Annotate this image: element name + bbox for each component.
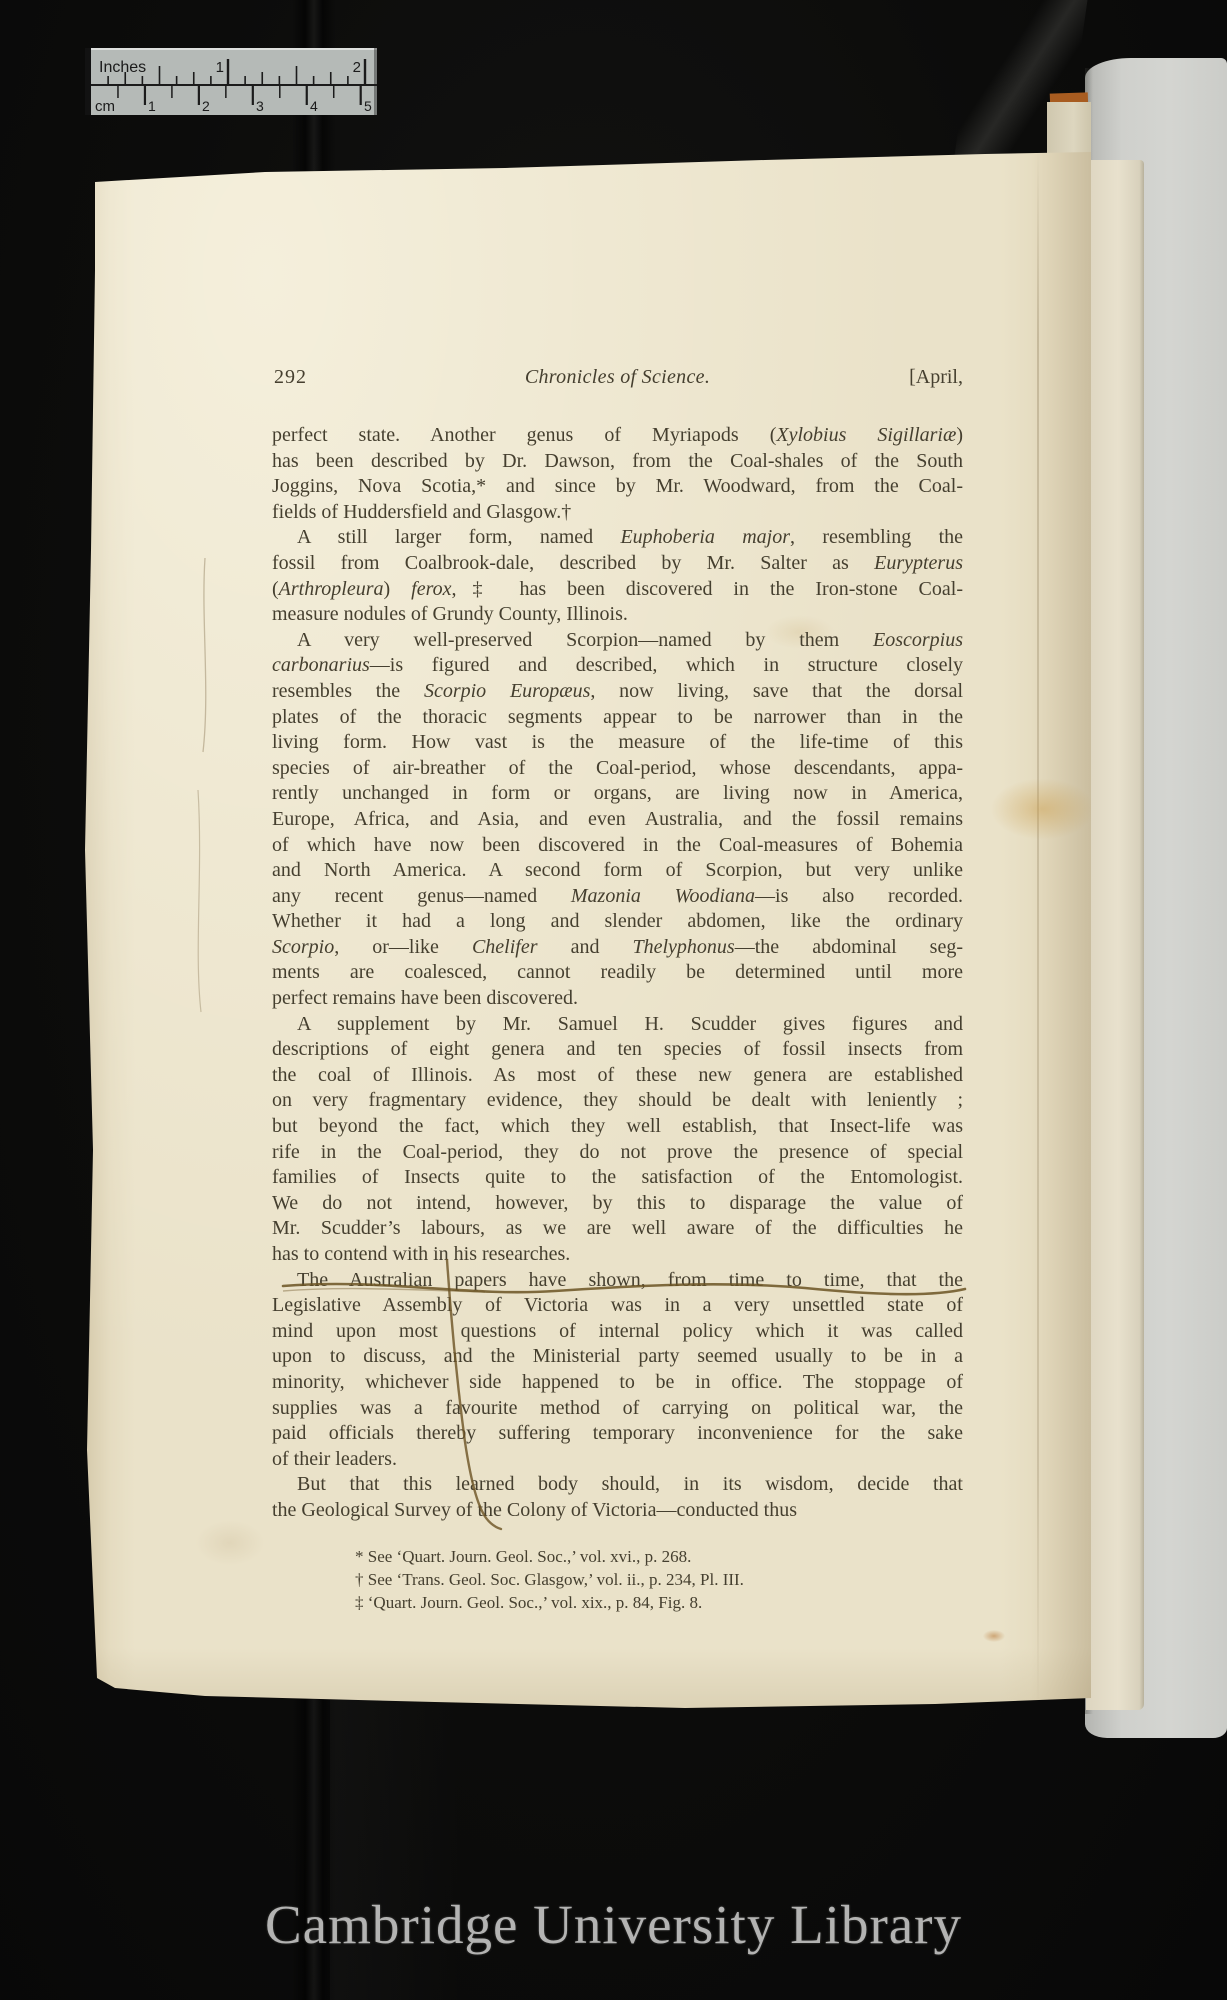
- inner-page-edge: [1086, 160, 1144, 1710]
- text-line: has to contend with in his researches.: [272, 1242, 963, 1268]
- issue-date: [April,: [909, 366, 963, 389]
- ruler-cm-number-5: 5: [364, 98, 372, 114]
- text-line: rife in the Coal-period, they do not pro…: [272, 1140, 963, 1166]
- text-line: and North America. A second form of Scor…: [272, 858, 963, 884]
- ruler-cm-number-3: 3: [256, 98, 264, 114]
- text-line: families of Insects quite to the satisfa…: [272, 1165, 963, 1191]
- text-line: fields of Huddersfield and Glasgow.†: [272, 500, 963, 526]
- text-line: supplies was a favourite method of carry…: [272, 1396, 963, 1422]
- text-line: A still larger form, named Euphoberia ma…: [272, 525, 963, 551]
- footnote-line: ‡ ‘Quart. Journ. Geol. Soc.,’ vol. xix.,…: [355, 1591, 915, 1614]
- text-line: upon to discuss, and the Ministerial par…: [272, 1344, 963, 1370]
- text-line: living form. How vast is the measure of …: [272, 730, 963, 756]
- text-line: rently unchanged in form or organs, are …: [272, 781, 963, 807]
- text-line: A very well-preserved Scorpion—named by …: [272, 628, 963, 654]
- text-line: fossil from Coalbrook-dale, described by…: [272, 551, 963, 577]
- text-line: Joggins, Nova Scotia,* and since by Mr. …: [272, 474, 963, 500]
- text-line: measure nodules of Grundy County, Illino…: [272, 602, 963, 628]
- ruler-inch-number-1: 1: [216, 59, 224, 76]
- page-crease-mark: [1037, 150, 1039, 1710]
- ruler-left-edge: [85, 48, 91, 115]
- stain-mark: [195, 1520, 265, 1566]
- footnote-line: * See ‘Quart. Journ. Geol. Soc.,’ vol. x…: [355, 1545, 915, 1568]
- text-line: has been described by Dr. Dawson, from t…: [272, 449, 963, 475]
- text-line: The Australian papers have shown, from t…: [272, 1268, 963, 1294]
- page-number: 292: [274, 366, 307, 389]
- footnote-line: † See ‘Trans. Geol. Soc. Glasgow,’ vol. …: [355, 1568, 915, 1591]
- ruler-right-edge: [374, 48, 377, 115]
- measurement-ruler: Inches 1 2 cm 1 2 3 4 5: [85, 48, 377, 115]
- text-line: Europe, Africa, and Asia, and even Austr…: [272, 807, 963, 833]
- text-line: Legislative Assembly of Victoria was in …: [272, 1293, 963, 1319]
- text-line: of their leaders.: [272, 1447, 963, 1473]
- text-line: carbonarius—is figured and described, wh…: [272, 653, 963, 679]
- text-line: A supplement by Mr. Samuel H. Scudder gi…: [272, 1012, 963, 1038]
- text-line: mind upon most questions of internal pol…: [272, 1319, 963, 1345]
- ruler-cm-number-2: 2: [202, 98, 210, 114]
- page-body-text: perfect state. Another genus of Myriapod…: [272, 423, 963, 1524]
- ruler-cm-number-1: 1: [148, 98, 156, 114]
- text-line: Mr. Scudder’s labours, as we are well aw…: [272, 1216, 963, 1242]
- ruler-inches-label: Inches: [99, 59, 146, 76]
- text-line: paid officials thereby suffering tempora…: [272, 1421, 963, 1447]
- text-line: resembles the Scorpio Europæus, now livi…: [272, 679, 963, 705]
- text-line: the Geological Survey of the Colony of V…: [272, 1498, 963, 1524]
- text-line: on very fragmentary evidence, they shoul…: [272, 1088, 963, 1114]
- ruler-cm-number-4: 4: [310, 98, 318, 114]
- text-line: the coal of Illinois. As most of these n…: [272, 1063, 963, 1089]
- stain-mark: [990, 778, 1095, 840]
- text-line: of which have now been discovered in the…: [272, 833, 963, 859]
- photographed-book-scene: Inches 1 2 cm 1 2 3 4 5 292 Chronicles o…: [0, 0, 1227, 2000]
- ruler-cm-label: cm: [95, 98, 115, 115]
- text-line: species of air-breather of the Coal-peri…: [272, 756, 963, 782]
- page-crease-mark: [203, 558, 206, 752]
- text-line: perfect remains have been discovered.: [272, 986, 963, 1012]
- text-line: plates of the thoracic segments appear t…: [272, 705, 963, 731]
- ruler-top-highlight: [91, 48, 377, 50]
- ruler-inch-number-2: 2: [353, 59, 361, 76]
- page-crease-mark: [198, 790, 201, 1012]
- text-line: (Arthropleura) ferox,‡ has been discover…: [272, 577, 963, 603]
- page-header: 292 Chronicles of Science. [April,: [272, 366, 963, 392]
- book-page: 292 Chronicles of Science. [April, perfe…: [85, 150, 1091, 1710]
- running-title: Chronicles of Science.: [525, 366, 710, 389]
- text-line: but beyond the fact, which they well est…: [272, 1114, 963, 1140]
- text-line: But that this learned body should, in it…: [272, 1472, 963, 1498]
- text-line: We do not intend, however, by this to di…: [272, 1191, 963, 1217]
- text-line: descriptions of eight genera and ten spe…: [272, 1037, 963, 1063]
- text-line: any recent genus—named Mazonia Woodiana—…: [272, 884, 963, 910]
- text-line: ments are coalesced, cannot readily be d…: [272, 960, 963, 986]
- library-watermark-text: Cambridge University Library: [0, 1893, 1227, 1956]
- text-line: Whether it had a long and slender abdome…: [272, 909, 963, 935]
- text-line: perfect state. Another genus of Myriapod…: [272, 423, 963, 449]
- footnotes: * See ‘Quart. Journ. Geol. Soc.,’ vol. x…: [355, 1545, 915, 1614]
- text-line: minority, whichever side happened to be …: [272, 1370, 963, 1396]
- stain-mark: [983, 1630, 1005, 1642]
- text-line: Scorpio, or—like Chelifer and Thelyphonu…: [272, 935, 963, 961]
